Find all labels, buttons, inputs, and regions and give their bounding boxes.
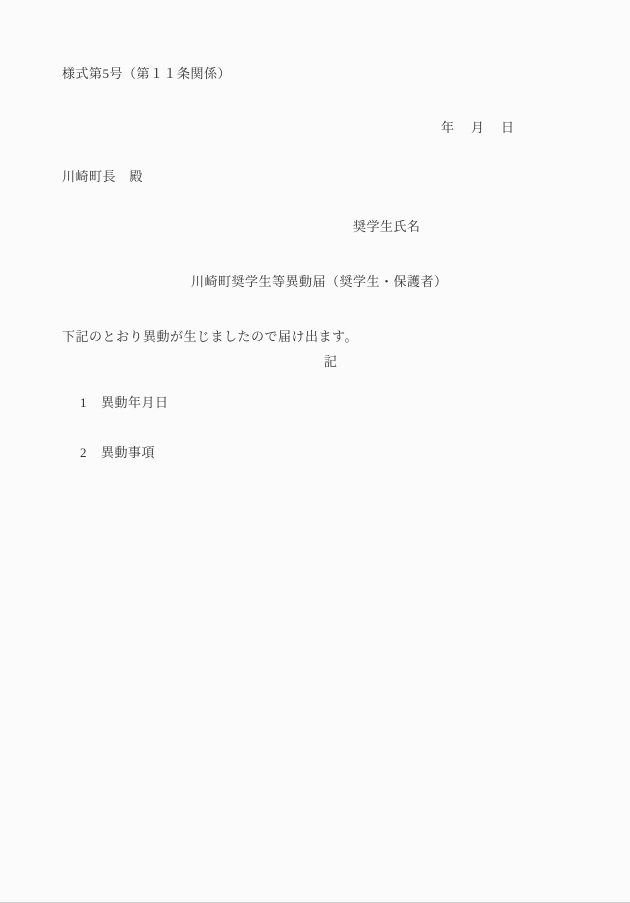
item-1-label: 異動年月日 — [101, 395, 169, 411]
item-1-number: 1 — [80, 395, 87, 411]
item-2-number: 2 — [80, 445, 87, 461]
body-text: 下記のとおり異動が生じましたので届け出ます。 — [62, 329, 358, 345]
document-title: 川崎町奨学生等異動届（奨学生・保護者） — [191, 274, 448, 290]
student-name-label: 奨学生氏名 — [353, 219, 421, 235]
date-line: 年 月 日 — [441, 120, 516, 136]
document-page: 様式第5号（第１１条関係） 年 月 日 川崎町長 殿 奨学生氏名 川崎町奨学生等… — [0, 0, 630, 903]
record-marker: 記 — [324, 354, 338, 370]
list-item-1: 1異動年月日 — [65, 379, 169, 426]
list-item-2: 2異動事項 — [65, 429, 155, 476]
addressee: 川崎町長 殿 — [62, 169, 143, 185]
item-2-label: 異動事項 — [101, 445, 155, 461]
form-number: 様式第5号（第１１条関係） — [62, 66, 231, 82]
